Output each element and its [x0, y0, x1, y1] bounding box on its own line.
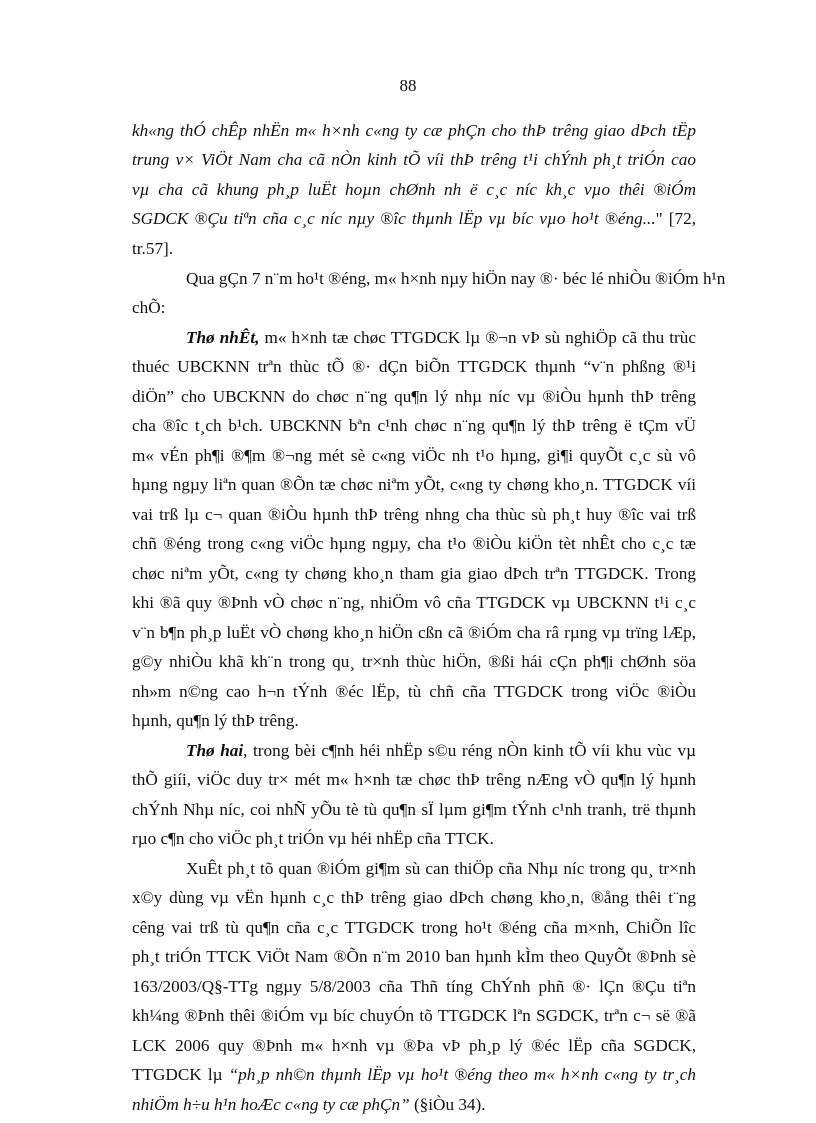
- text-line: tr.57].: [132, 238, 696, 260]
- text-line: Thø hai, trong bèi c¶nh héi nhËp s©u rén…: [186, 740, 696, 762]
- text-segment: vµ ch­a cã khung ph¸p luËt hoµn chØnh nh…: [132, 180, 696, 199]
- text-segment: 163/2003/Q§-TTg ngµy 5/8/2003 cña Thñ t­…: [132, 977, 696, 996]
- text-line: hµng ngµy liªn quan ®Õn tæ chøc niªm yÕt…: [132, 474, 696, 496]
- text-line: ch­a ®­îc t¸ch b¹ch. UBCKNN bªn c¹nh chø…: [132, 415, 696, 437]
- text-segment: ph¸t triÓn TTCK ViÖt Nam ®Õn n¨m 2010 ba…: [132, 947, 696, 966]
- text-segment: m« vÉn ph¶i ®¶m ®­¬ng mét sè c«ng viÖc n…: [132, 446, 696, 465]
- page-number: 88: [0, 76, 816, 96]
- text-line: vai trß lµ c¬ quan ®iÒu hµnh thÞ tr­êng …: [132, 504, 696, 526]
- text-line: vµ ch­a cã khung ph¸p luËt hoµn chØnh nh…: [132, 179, 696, 201]
- text-segment: rµo c¶n cho viÖc ph¸t triÓn vµ héi nhËp …: [132, 829, 494, 848]
- bold-heading-text: Thø hai: [186, 741, 243, 760]
- text-segment: SGDCK ®Çu tiªn cña c¸c n­íc nµy ®­îc thµ…: [132, 209, 656, 228]
- text-line: ph¸t triÓn TTCK ViÖt Nam ®Õn n¨m 2010 ba…: [132, 946, 696, 968]
- text-segment: m« h×nh tæ chøc TTGDCK lµ ®¬n vÞ sù nghi…: [259, 328, 696, 347]
- text-line: Qua gÇn 7 n¨m ho¹t ®éng, m« h×nh nµy hiÖ…: [186, 268, 696, 290]
- text-line: kh¼ng ®Þnh thêi ®iÓm vµ b­íc chuyÓn tõ T…: [132, 1005, 696, 1027]
- text-line: x©y dùng vµ vËn hµnh c¸c thÞ tr­êng giao…: [132, 887, 696, 909]
- text-segment: v¨n b¶n ph¸p luËt vÒ chøng kho¸n hiÖn cß…: [132, 623, 696, 642]
- text-segment: khi ®ã quy ®Þnh vÒ chøc n¨ng, nhiÖm vô c…: [132, 593, 696, 612]
- text-line: m« vÉn ph¶i ®¶m ®­¬ng mét sè c«ng viÖc n…: [132, 445, 696, 467]
- text-segment: ch­a ®­îc t¸ch b¹ch. UBCKNN bªn c¹nh chø…: [132, 416, 696, 435]
- text-line: c­êng vai trß tù qu¶n cña c¸c TTGDCK tro…: [132, 917, 696, 939]
- text-segment: nh»m n©ng cao h¬n tÝnh ®éc lËp, tù chñ c…: [132, 682, 696, 701]
- text-line: trung v× ViÖt Nam ch­a cã nÒn kinh tÕ ví…: [132, 149, 696, 171]
- text-line: chñ ®éng trong c«ng viÖc hµng ngµy, ch­a…: [132, 533, 696, 555]
- text-line: chÝnh Nhµ n­íc, coi nhÑ yÕu tè tù qu¶n s…: [132, 799, 696, 821]
- text-line: thuéc UBCKNN trªn thùc tÕ ®· dÇn biÕn TT…: [132, 356, 696, 378]
- text-segment: x©y dùng vµ vËn hµnh c¸c thÞ tr­êng giao…: [132, 888, 696, 907]
- text-line: nhiÖm h÷u h¹n hoÆc c«ng ty cæ phÇn” (§iÒ…: [132, 1094, 696, 1116]
- text-segment: hµnh, qu¶n lý thÞ tr­êng.: [132, 711, 299, 730]
- text-line: LCK 2006 quy ®Þnh m« h×nh vµ ®Þa vÞ ph¸p…: [132, 1035, 696, 1057]
- text-line: hµnh, qu¶n lý thÞ tr­êng.: [132, 710, 696, 732]
- text-segment: chÝnh Nhµ n­íc, coi nhÑ yÕu tè tù qu¶n s…: [132, 800, 696, 819]
- text-segment: vai trß lµ c¬ quan ®iÒu hµnh thÞ tr­êng …: [132, 505, 696, 524]
- text-segment: chñ ®éng trong c«ng viÖc hµng ngµy, ch­a…: [132, 534, 696, 553]
- text-segment: (§iÒu 34).: [410, 1095, 486, 1114]
- text-segment: hµng ngµy liªn quan ®Õn tæ chøc niªm yÕt…: [132, 475, 696, 494]
- text-line: TTGDCK lµ “ph¸p nh©n thµnh lËp vµ ho¹t ®…: [132, 1064, 696, 1086]
- text-segment: thuéc UBCKNN trªn thùc tÕ ®· dÇn biÕn TT…: [132, 357, 696, 376]
- text-line: nh»m n©ng cao h¬n tÝnh ®éc lËp, tù chñ c…: [132, 681, 696, 703]
- text-segment: nhiÖm h÷u h¹n hoÆc c«ng ty cæ phÇn”: [132, 1095, 410, 1114]
- text-segment: kh«ng thÓ chÊp nhËn m« h×nh c«ng ty cæ p…: [132, 121, 696, 140]
- text-segment: tr.57].: [132, 239, 173, 258]
- text-segment: “ph¸p nh©n thµnh lËp vµ ho¹t ®éng theo m…: [229, 1065, 696, 1084]
- text-segment: LCK 2006 quy ®Þnh m« h×nh vµ ®Þa vÞ ph¸p…: [132, 1036, 696, 1055]
- text-line: XuÊt ph¸t tõ quan ®iÓm gi¶m sù can thiÖp…: [186, 858, 696, 880]
- text-segment: chÕ:: [132, 298, 165, 317]
- text-segment: kh¼ng ®Þnh thêi ®iÓm vµ b­íc chuyÓn tõ T…: [132, 1006, 696, 1025]
- text-line: v¨n b¶n ph¸p luËt vÒ chøng kho¸n hiÖn cß…: [132, 622, 696, 644]
- text-segment: trung v× ViÖt Nam ch­a cã nÒn kinh tÕ ví…: [132, 150, 696, 169]
- text-segment: XuÊt ph¸t tõ quan ®iÓm gi¶m sù can thiÖp…: [186, 859, 696, 878]
- text-line: diÖn” cho UBCKNN do chøc n¨ng qu¶n lý nh…: [132, 386, 696, 408]
- text-line: chÕ:: [132, 297, 696, 319]
- text-line: thÕ giíi, viÖc duy tr× mét m« h×nh tæ ch…: [132, 769, 696, 791]
- text-segment: chøc niªm yÕt, c«ng ty chøng kho¸n tham …: [132, 564, 696, 583]
- text-line: khi ®ã quy ®Þnh vÒ chøc n¨ng, nhiÖm vô c…: [132, 592, 696, 614]
- text-segment: diÖn” cho UBCKNN do chøc n¨ng qu¶n lý nh…: [132, 387, 696, 406]
- bold-heading-text: Thø nhÊt,: [186, 328, 259, 347]
- text-segment: Qua gÇn 7 n¨m ho¹t ®éng, m« h×nh nµy hiÖ…: [186, 269, 725, 288]
- text-segment: g©y nhiÒu khã kh¨n trong qu¸ tr×nh thùc …: [132, 652, 696, 671]
- text-line: 163/2003/Q§-TTg ngµy 5/8/2003 cña Thñ t­…: [132, 976, 696, 998]
- text-line: g©y nhiÒu khã kh¨n trong qu¸ tr×nh thùc …: [132, 651, 696, 673]
- text-segment: " [72,: [656, 209, 696, 228]
- text-segment: , trong bèi c¶nh héi nhËp s©u réng nÒn k…: [243, 741, 696, 760]
- text-segment: c­êng vai trß tù qu¶n cña c¸c TTGDCK tro…: [132, 918, 696, 937]
- text-line: kh«ng thÓ chÊp nhËn m« h×nh c«ng ty cæ p…: [132, 120, 696, 142]
- text-line: SGDCK ®Çu tiªn cña c¸c n­íc nµy ®­îc thµ…: [132, 208, 696, 230]
- text-line: Thø nhÊt, m« h×nh tæ chøc TTGDCK lµ ®¬n …: [186, 327, 696, 349]
- text-segment: thÕ giíi, viÖc duy tr× mét m« h×nh tæ ch…: [132, 770, 696, 789]
- text-line: rµo c¶n cho viÖc ph¸t triÓn vµ héi nhËp …: [132, 828, 696, 850]
- text-line: chøc niªm yÕt, c«ng ty chøng kho¸n tham …: [132, 563, 696, 585]
- text-segment: TTGDCK lµ: [132, 1065, 229, 1084]
